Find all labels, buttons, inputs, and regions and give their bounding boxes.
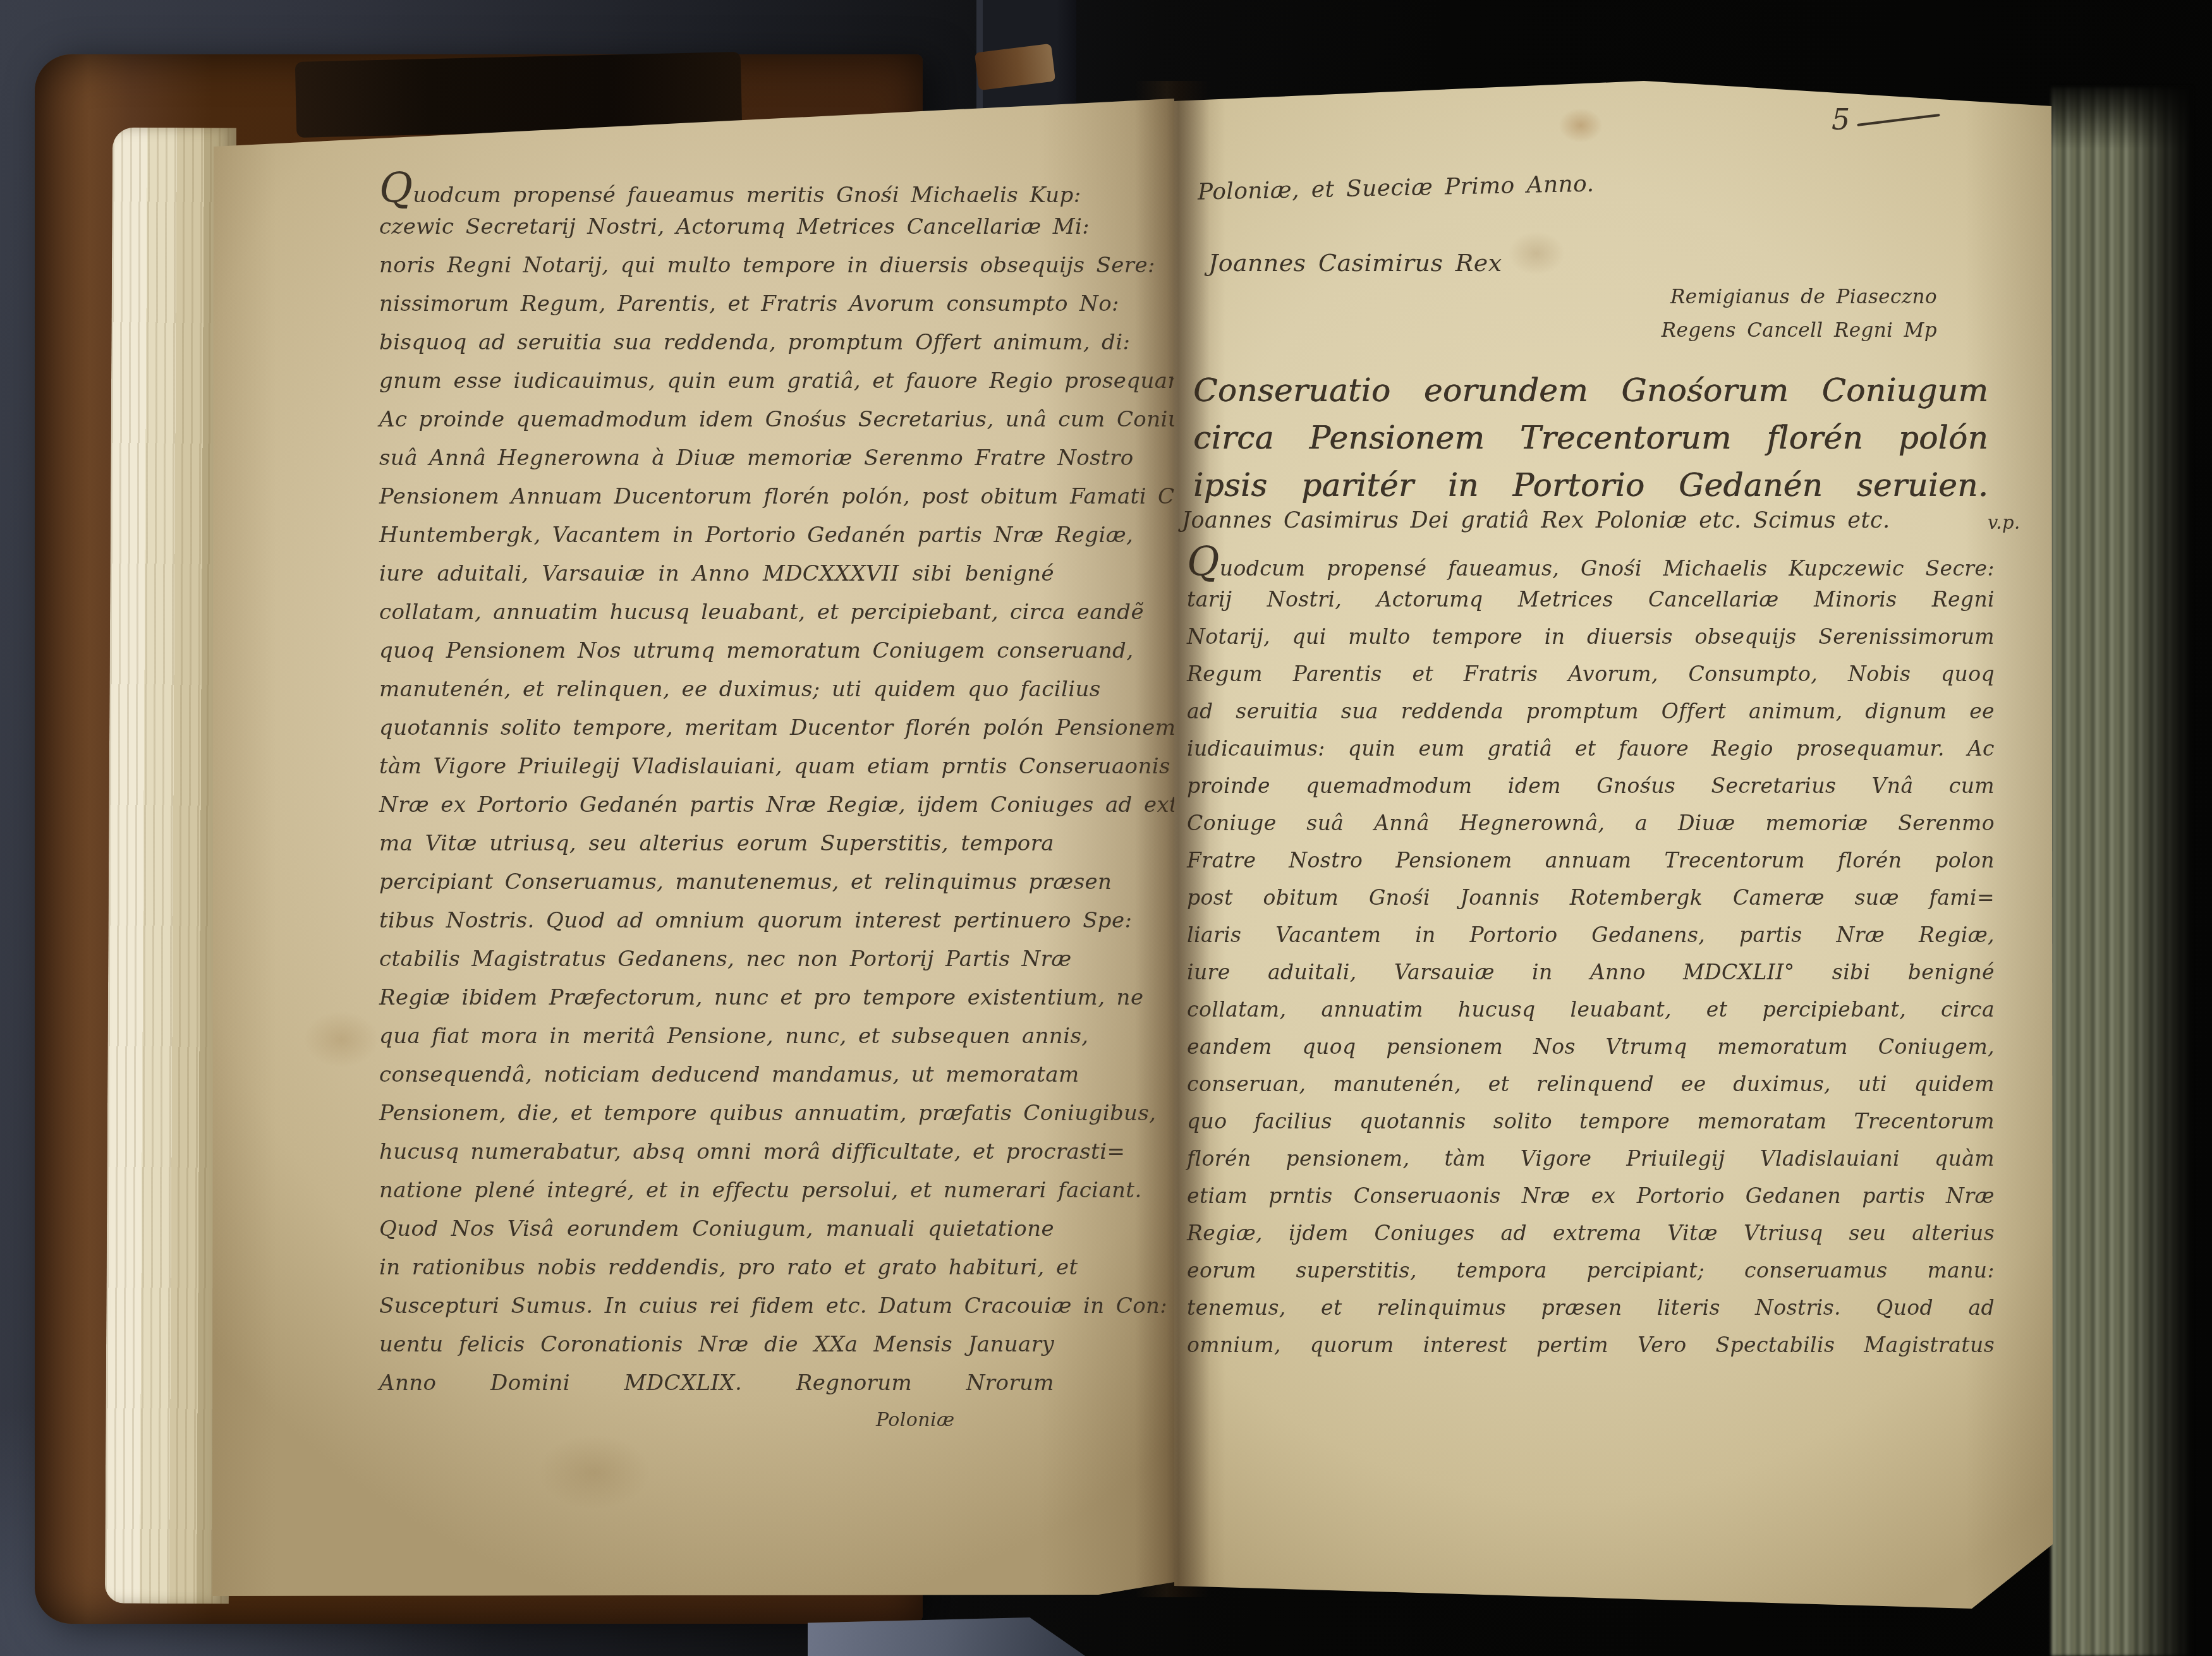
- stain: [537, 1434, 651, 1510]
- text-line: manutenén, et relinquen, ee duximus; uti…: [379, 670, 1054, 709]
- text-line: percipiant Conseruamus, manutenemus, et …: [379, 863, 1054, 902]
- text-line: tibus Nostris. Quod ad omnium quorum int…: [379, 902, 1054, 940]
- chancery-note-line: Remigianus de Piaseczno: [1593, 281, 1937, 314]
- text-line: tàm Vigore Priuilegij Vladislauiani, qua…: [379, 747, 1054, 786]
- text-line: tenemus, et relinquimus præsen literis N…: [1187, 1289, 1995, 1326]
- text-line: Coniuge suâ Annâ Hegnerownâ, a Diuæ memo…: [1187, 804, 1995, 842]
- text-line: quo facilius quotannis solito tempore me…: [1187, 1103, 1995, 1140]
- left-page-text: Quodcum propensé faueamus meritis Gnośi …: [379, 169, 1054, 1403]
- text-line: tarij Nostri, Actorumq Metrices Cancella…: [1187, 581, 1995, 618]
- right-page: Poloniæ, et Sueciæ Primo Anno. Joannes C…: [1173, 80, 2053, 1609]
- text-line: Pensionem, die, et tempore quibus annuat…: [379, 1094, 1054, 1133]
- text-line: in rationibus nobis reddendis, pro rato …: [379, 1248, 1054, 1287]
- gutter-shadow: [1135, 81, 1210, 1597]
- stain: [303, 1011, 379, 1068]
- text-line: suâ Annâ Hegnerowna à Diuæ memoriæ Seren…: [379, 439, 1054, 478]
- chancery-note: Remigianus de Piaseczno Regens Cancell R…: [1593, 281, 1937, 348]
- text-line: etiam prntis Conseruaonis Nræ ex Portori…: [1187, 1177, 1995, 1214]
- text-line: iure aduitali, Varsauiæ in Anno MDCXXXVI…: [379, 555, 1054, 593]
- title-line: circa Pensionem Trecentorum florén polón: [1193, 414, 1988, 462]
- text-line: Pensionem Annuam Ducentorum florén polón…: [379, 478, 1054, 516]
- stain: [1559, 108, 1603, 143]
- salutation-line: Joannes Casimirus Dei gratiâ Rex Poloniæ…: [1182, 508, 1920, 533]
- text-line: eorum superstitis, tempora percipiant; c…: [1187, 1252, 1995, 1289]
- text-line: Regum Parentis et Fratris Avorum, Consum…: [1187, 655, 1995, 692]
- catchword: Poloniæ: [876, 1409, 955, 1431]
- page-number: 5: [1832, 102, 1850, 136]
- page-number-flourish: [1857, 114, 1940, 126]
- text-line: Notarij, qui multo tempore in diuersis o…: [1187, 618, 1995, 655]
- text-line: ad seruitia sua reddenda promptum Offert…: [1187, 692, 1995, 730]
- text-line: liaris Vacantem in Portorio Gedanens, pa…: [1187, 916, 1995, 953]
- text-line: iudicauimus: quin eum gratiâ et fauore R…: [1187, 730, 1995, 767]
- text-line: collatam, annuatim hucusq leuabant, et p…: [1187, 991, 1995, 1028]
- text-line: bisquoq ad seruitia sua reddenda, prompt…: [379, 323, 1054, 362]
- text-line: Quod Nos Visâ eorundem Coniugum, manuali…: [379, 1210, 1054, 1248]
- text-line: Suscepturi Sumus. In cuius rei fidem etc…: [379, 1287, 1054, 1326]
- text-line: Huntembergk, Vacantem in Portorio Gedané…: [379, 516, 1054, 555]
- text-line: quotannis solito tempore, meritam Ducent…: [379, 709, 1054, 747]
- title-line: Conseruatio eorundem Gnośorum Coniugum: [1193, 367, 1988, 414]
- text-line: quoq Pensionem Nos utrumq memoratum Coni…: [379, 632, 1054, 670]
- title-line: ipsis paritér in Portorio Gedanén seruie…: [1193, 462, 1988, 509]
- text-line: collatam, annuatim hucusq leuabant, et p…: [379, 593, 1054, 632]
- left-page: Quodcum propensé faueamus meritis Gnośi …: [209, 95, 1174, 1599]
- text-line: nissimorum Regum, Parentis, et Fratris A…: [379, 285, 1054, 323]
- entry-title: Conseruatio eorundem Gnośorum Coniugumci…: [1193, 367, 1988, 509]
- text-line: proinde quemadmodum idem Gnośus Secretar…: [1187, 767, 1995, 804]
- text-line: uentu felicis Coronationis Nræ die XXa M…: [379, 1326, 1054, 1364]
- text-line: hucusq numerabatur, absq omni morâ diffi…: [379, 1133, 1054, 1171]
- text-line: iure aduitali, Varsauiæ in Anno MDCXLII°…: [1187, 953, 1995, 991]
- text-line: omnium, quorum interest pertim Vero Spec…: [1187, 1326, 1995, 1363]
- text-line: Quodcum propensé faueamus, Gnośi Michael…: [1187, 543, 1995, 581]
- text-line: eandem quoq pensionem Nos Vtrumq memorat…: [1187, 1028, 1995, 1065]
- text-line: Nræ ex Portorio Gedanén partis Nræ Regiæ…: [379, 786, 1054, 825]
- text-line: post obitum Gnośi Joannis Rotembergk Cam…: [1187, 879, 1995, 916]
- text-line: Ac proinde quemadmodum idem Gnośus Secre…: [379, 401, 1054, 439]
- text-line: qua fiat mora in meritâ Pensione, nunc, …: [379, 1017, 1054, 1056]
- text-line: ma Vitæ utriusq, seu alterius eorum Supe…: [379, 825, 1054, 863]
- text-line: gnum esse iudicauimus, quin eum gratiâ, …: [379, 362, 1054, 401]
- text-line: consequendâ, noticiam deducend mandamus,…: [379, 1056, 1054, 1094]
- margin-mark: v.p.: [1988, 512, 2021, 533]
- fore-edge: [2051, 87, 2192, 1656]
- running-head: Poloniæ, et Sueciæ Primo Anno.: [1198, 169, 1666, 205]
- book-support-bottom: [808, 1617, 1116, 1656]
- chancery-note-line: Regens Cancell Regni Mp: [1593, 314, 1937, 348]
- right-page-text: Quodcum propensé faueamus, Gnośi Michael…: [1187, 543, 1995, 1363]
- text-line: Anno Domini MDCXLIX. Regnorum Nrorum: [379, 1364, 1054, 1403]
- text-line: Regiæ, ijdem Coniuges ad extrema Vitæ Vt…: [1187, 1214, 1995, 1252]
- text-line: Quodcum propensé faueamus meritis Gnośi …: [379, 169, 1054, 208]
- text-line: Regiæ ibidem Præfectorum, nunc et pro te…: [379, 979, 1054, 1017]
- text-line: noris Regni Notarij, qui multo tempore i…: [379, 246, 1054, 285]
- text-line: Fratre Nostro Pensionem annuam Trecentor…: [1187, 842, 1995, 879]
- manuscript-photo: Quodcum propensé faueamus meritis Gnośi …: [0, 0, 2212, 1656]
- text-line: florén pensionem, tàm Vigore Priuilegij …: [1187, 1140, 1995, 1177]
- text-line: czewic Secretarij Nostri, Actorumq Metri…: [379, 208, 1054, 246]
- text-line: natione plené integré, et in effectu per…: [379, 1171, 1054, 1210]
- stain: [1508, 231, 1565, 275]
- text-line: conseruan, manutenén, et relinquend ee d…: [1187, 1065, 1995, 1103]
- king-heading: Joannes Casimirus Rex: [1208, 249, 1502, 277]
- text-line: ctabilis Magistratus Gedanens, nec non P…: [379, 940, 1054, 979]
